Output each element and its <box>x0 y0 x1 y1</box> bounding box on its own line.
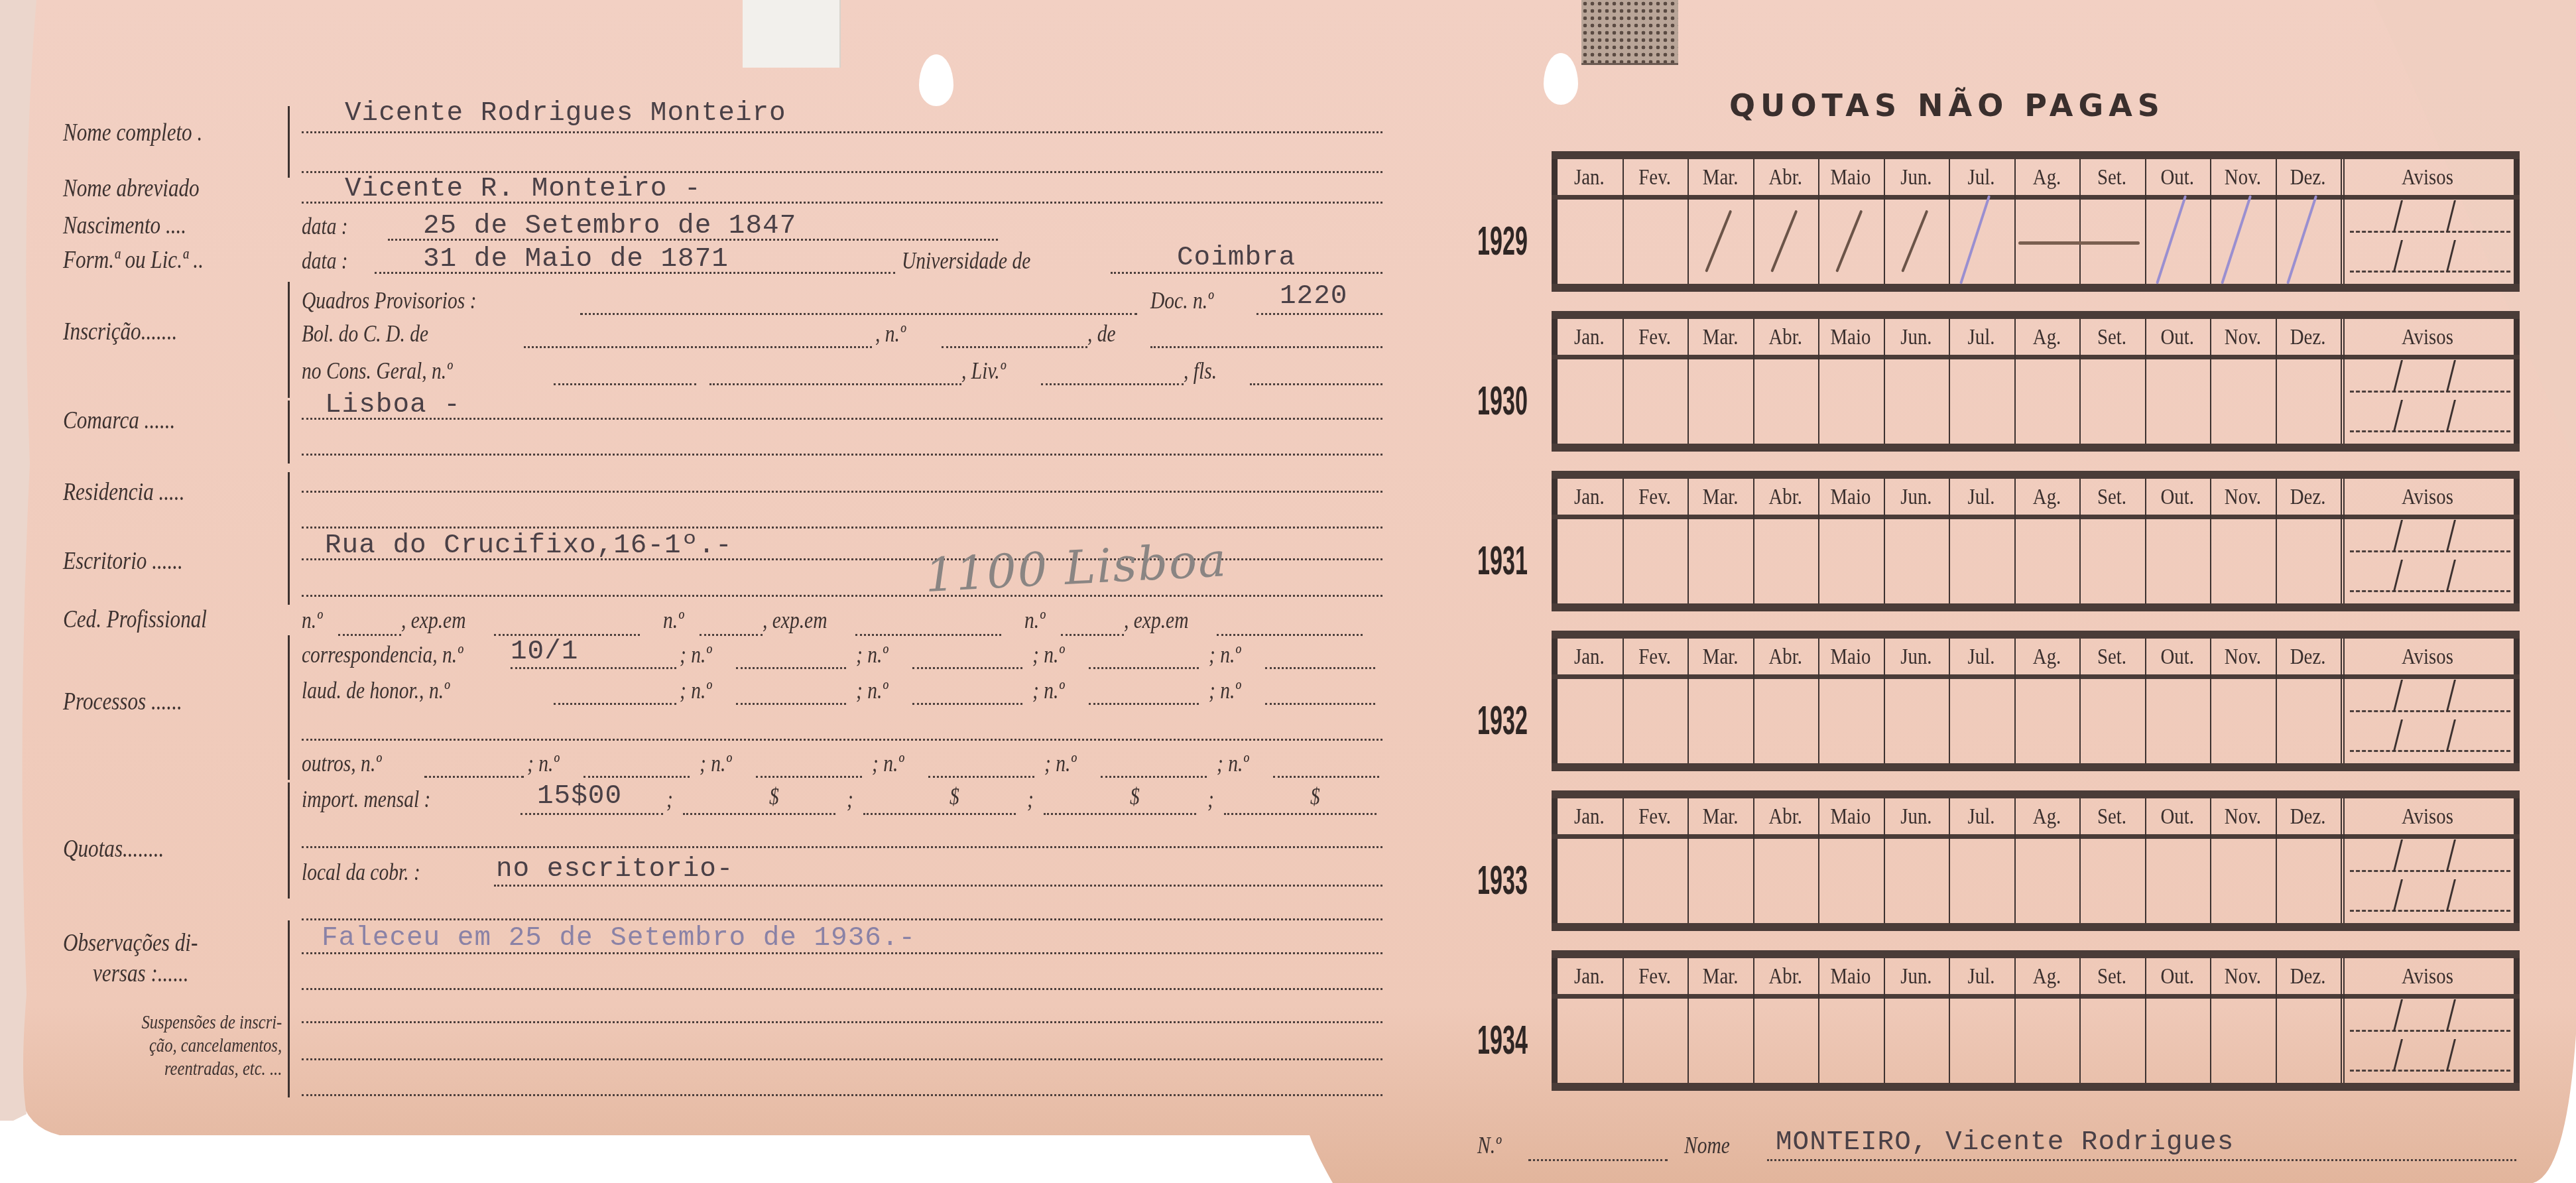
dotted-line <box>521 813 663 815</box>
label-processos: Processos ...... <box>63 687 182 716</box>
month-header: Ag. <box>2014 800 2080 834</box>
label-exp-em: , exp.em <box>1124 606 1189 634</box>
month-header: Jan. <box>1557 960 1623 994</box>
dotted-line <box>302 454 1382 456</box>
brace <box>288 472 290 535</box>
label-data: data : <box>302 247 348 275</box>
dotted-line <box>388 239 998 241</box>
label-suspensoes-3: reentradas, etc. ... <box>164 1058 282 1080</box>
field-nome-abreviado[interactable]: Vicente R. Monteiro - <box>345 174 702 204</box>
field-cedula-date[interactable] <box>855 634 1001 636</box>
dotted-line <box>302 131 1382 133</box>
label-exp-em: , exp.em <box>401 606 466 634</box>
label-observacoes-1: Observações di- <box>63 928 198 958</box>
avisos-header: Avisos <box>2341 640 2514 674</box>
brace <box>288 782 290 899</box>
label-doc: Doc. n.º <box>1150 286 1213 314</box>
table-border <box>2514 631 2520 771</box>
white-tab <box>743 0 841 68</box>
label-outros: outros, n.º <box>302 749 381 777</box>
month-header: Mar. <box>1687 480 1753 515</box>
table-border <box>1552 311 2520 319</box>
label-footer-nome: Nome <box>1684 1131 1730 1159</box>
quota-table-1932: Jan.Fev.Mar.Abr.MaioJun.Jul.Ag.Set.Out.N… <box>1552 631 2520 771</box>
label-n: ; n.º <box>680 676 712 704</box>
month-header: Nov. <box>2210 160 2276 195</box>
dotted-line <box>302 202 1382 204</box>
month-header: Jan. <box>1557 160 1623 195</box>
dotted-line <box>302 739 1382 741</box>
field-nome-completo[interactable]: Vicente Rodrigues Monteiro <box>345 98 786 129</box>
label-bol-n: , n.º <box>875 320 906 347</box>
month-header: Nov. <box>2210 960 2276 994</box>
label-n: ; n.º <box>527 749 560 777</box>
label-suspensoes-2: ção, cancelamentos, <box>149 1034 282 1056</box>
label-n: ; n.º <box>680 641 712 668</box>
label-comarca: Comarca ...... <box>63 406 175 435</box>
field-number[interactable] <box>736 703 846 705</box>
month-header: Out. <box>2145 960 2211 994</box>
field-number[interactable] <box>1273 776 1379 778</box>
brace <box>288 530 290 605</box>
month-header: Abr. <box>1753 320 1819 355</box>
currency-sign: $ <box>1130 782 1140 810</box>
field-amount[interactable] <box>1044 813 1196 815</box>
dotted-line <box>1111 272 1382 274</box>
field-number[interactable] <box>1265 667 1375 669</box>
month-header: Ag. <box>2014 960 2080 994</box>
dotted-line <box>1257 313 1382 315</box>
field-amount[interactable] <box>1224 813 1377 815</box>
field-number[interactable] <box>912 703 1022 705</box>
field-import-mensal[interactable]: 15$00 <box>537 781 622 812</box>
field-cedula-number[interactable] <box>700 634 763 636</box>
month-header: Maio <box>1818 480 1884 515</box>
label-observacoes-2: versas :...... <box>93 959 189 988</box>
quotas-nao-pagas-title: QUOTAS NÃO PAGAS <box>1729 88 2165 123</box>
month-header: Jul. <box>1949 160 2014 195</box>
quota-table-1934: Jan.Fev.Mar.Abr.MaioJun.Jul.Ag.Set.Out.N… <box>1552 950 2520 1091</box>
dotted-line <box>302 988 1382 990</box>
avisos-date-line[interactable] <box>2350 750 2510 752</box>
field-correspondencia[interactable]: 10/1 <box>511 637 578 667</box>
dotted-line <box>302 1094 1382 1096</box>
month-header: Mar. <box>1687 960 1753 994</box>
dotted-line <box>302 595 1382 597</box>
year-label: 1932 <box>1477 697 1528 744</box>
month-header: Mar. <box>1687 800 1753 834</box>
quota-table-1929: Jan.Fev.Mar.Abr.MaioJun.Jul.Ag.Set.Out.N… <box>1552 151 2520 292</box>
label-local-cobr: local da cobr. : <box>302 858 420 886</box>
field-footer-nome[interactable]: MONTEIRO, Vicente Rodrigues <box>1776 1127 2234 1158</box>
month-header: Mar. <box>1687 320 1753 355</box>
label-n: ; n.º <box>1209 641 1241 668</box>
month-header: Abr. <box>1753 960 1819 994</box>
label-n: ; n.º <box>1032 641 1065 668</box>
quota-table-1930: Jan.Fev.Mar.Abr.MaioJun.Jul.Ag.Set.Out.N… <box>1552 311 2520 452</box>
month-header: Abr. <box>1753 800 1819 834</box>
dotted-line <box>302 952 1382 954</box>
month-header: Abr. <box>1753 480 1819 515</box>
table-border <box>2514 311 2520 452</box>
label-cedula-n: n.º <box>1024 606 1045 634</box>
year-label: 1933 <box>1477 857 1528 904</box>
label-n: ; n.º <box>1217 749 1249 777</box>
avisos-date-line[interactable] <box>2350 550 2510 552</box>
dotted-line <box>302 171 1382 173</box>
month-header: Jun. <box>1884 480 1949 515</box>
table-border <box>1552 471 2520 479</box>
month-header: Fev. <box>1623 960 1688 994</box>
avisos-date-line[interactable] <box>2350 870 2510 872</box>
label-liv: , Liv.º <box>961 357 1006 385</box>
field-footer-n[interactable] <box>1528 1159 1668 1161</box>
field-number[interactable] <box>554 703 676 705</box>
month-header: Set. <box>2079 800 2145 834</box>
field-escritorio[interactable]: Rua do Crucifixo,16-1º.- <box>325 530 733 561</box>
month-header: Jun. <box>1884 160 1949 195</box>
dotted-line <box>494 885 1382 887</box>
month-header: Mar. <box>1687 160 1753 195</box>
month-header: Out. <box>2145 640 2211 674</box>
avisos-header: Avisos <box>2341 160 2514 195</box>
table-border <box>2514 790 2520 931</box>
label-nome-abreviado: Nome abreviado <box>63 174 200 203</box>
brace <box>288 401 290 464</box>
field-amount[interactable] <box>683 813 835 815</box>
label-inscricao: Inscrição....... <box>63 317 177 346</box>
field-comarca[interactable]: Lisboa - <box>325 390 461 420</box>
field-number[interactable] <box>756 776 862 778</box>
label-footer-n: N.º <box>1477 1131 1501 1159</box>
field-number[interactable] <box>583 776 690 778</box>
field-number[interactable] <box>1101 776 1207 778</box>
month-header: Dez. <box>2276 800 2341 834</box>
month-header: Maio <box>1818 160 1884 195</box>
label-cedula: Ced. Profissional <box>63 605 207 634</box>
month-header: Ag. <box>2014 640 2080 674</box>
table-border <box>1552 1083 2520 1091</box>
field-doc[interactable]: 1220 <box>1280 281 1347 312</box>
label-n: ; n.º <box>700 749 732 777</box>
field-number[interactable] <box>912 667 1022 669</box>
dotted-line <box>554 383 696 385</box>
table-border <box>2514 151 2520 292</box>
month-header: Fev. <box>1623 800 1688 834</box>
field-local-cobr[interactable]: no escritorio- <box>496 854 733 885</box>
label-n: ; n.º <box>1209 676 1241 704</box>
label-fls: , fls. <box>1184 357 1217 385</box>
label-bol-de: , de <box>1087 320 1116 347</box>
dotted-line <box>1250 383 1382 385</box>
label-n: ; n.º <box>856 641 889 668</box>
date-line <box>1150 346 1382 348</box>
label-cons-geral: no Cons. Geral, n.º <box>302 357 452 385</box>
label-n: ; n.º <box>872 749 904 777</box>
avisos-header: Avisos <box>2341 800 2514 834</box>
avisos-header: Avisos <box>2341 320 2514 355</box>
field-universidade[interactable]: Coimbra <box>1177 243 1296 273</box>
avisos-date-line[interactable] <box>2350 231 2510 233</box>
field-number[interactable] <box>511 667 676 669</box>
table-border <box>1552 284 2520 292</box>
avisos-date-line[interactable] <box>2350 391 2510 393</box>
label-formatura: Form.ª ou Lic.ª .. <box>63 245 204 275</box>
field-number[interactable] <box>928 776 1034 778</box>
month-header: Nov. <box>2210 480 2276 515</box>
year-label: 1929 <box>1477 218 1528 265</box>
month-header: Jan. <box>1557 320 1623 355</box>
currency-sign: $ <box>769 782 779 810</box>
label-data: data : <box>302 212 348 240</box>
quota-table-1931: Jan.Fev.Mar.Abr.MaioJun.Jul.Ag.Set.Out.N… <box>1552 471 2520 611</box>
month-header: Maio <box>1818 320 1884 355</box>
table-border <box>1552 950 2520 958</box>
table-border <box>1552 151 2520 159</box>
field-cedula-date[interactable] <box>494 634 640 636</box>
avisos-header: Avisos <box>2341 480 2514 515</box>
dotted-line <box>580 313 1137 315</box>
dotted-line <box>302 846 1382 848</box>
label-exp-em: , exp.em <box>763 606 828 634</box>
avisos-date-line[interactable] <box>2350 910 2510 912</box>
month-header: Set. <box>2079 160 2145 195</box>
avisos-date-line[interactable] <box>2350 271 2510 273</box>
month-header: Jul. <box>1949 320 2014 355</box>
label-quadros: Quadros Provisorios : <box>302 286 477 314</box>
field-amount[interactable] <box>863 813 1016 815</box>
avisos-header: Avisos <box>2341 960 2514 994</box>
label-nascimento: Nascimento .... <box>63 211 186 240</box>
label-universidade: Universidade de <box>902 247 1030 275</box>
table-border <box>1552 603 2520 611</box>
month-header: Jul. <box>1949 960 2014 994</box>
label-bol: Bol. do C. D. de <box>302 320 428 347</box>
field-number[interactable] <box>736 667 846 669</box>
perforated-tab <box>1581 0 1678 65</box>
field-cedula-number[interactable] <box>338 634 401 636</box>
dotted-line <box>302 1021 1382 1023</box>
field-observacoes[interactable]: Faleceu em 25 de Setembro de 1936.- <box>322 923 916 954</box>
year-label: 1934 <box>1477 1017 1528 1064</box>
dotted-line <box>942 346 1087 348</box>
month-header: Jun. <box>1884 960 1949 994</box>
month-header: Out. <box>2145 320 2211 355</box>
month-header: Dez. <box>2276 640 2341 674</box>
month-header: Out. <box>2145 800 2211 834</box>
month-header: Dez. <box>2276 160 2341 195</box>
label-escritorio: Escritorio ...... <box>63 546 183 576</box>
month-header: Ag. <box>2014 480 2080 515</box>
month-header: Out. <box>2145 160 2211 195</box>
table-border <box>1552 790 2520 798</box>
brace <box>288 106 290 178</box>
avisos-date-line[interactable] <box>2350 430 2510 432</box>
month-header: Ag. <box>2014 320 2080 355</box>
month-header: Nov. <box>2210 320 2276 355</box>
label-n: ; n.º <box>1044 749 1077 777</box>
month-header: Dez. <box>2276 480 2341 515</box>
month-header: Jul. <box>1949 480 2014 515</box>
table-border <box>1552 763 2520 771</box>
month-header: Fev. <box>1623 320 1688 355</box>
month-header: Jul. <box>1949 800 2014 834</box>
table-border <box>1552 631 2520 639</box>
field-number[interactable] <box>1089 667 1199 669</box>
field-nascimento-data[interactable]: 25 de Setembro de 1847 <box>423 211 796 241</box>
label-import-mensal: import. mensal : <box>302 785 430 813</box>
brace <box>288 635 290 780</box>
quota-table-1933: Jan.Fev.Mar.Abr.MaioJun.Jul.Ag.Set.Out.N… <box>1552 790 2520 931</box>
currency-sign: $ <box>1310 782 1320 810</box>
month-header: Out. <box>2145 480 2211 515</box>
dotted-line <box>524 346 872 348</box>
dash-mark <box>2018 241 2140 245</box>
dotted-line <box>1767 1159 2516 1161</box>
month-header: Jul. <box>1949 640 2014 674</box>
table-border <box>1552 923 2520 931</box>
avisos-date-line[interactable] <box>2350 710 2510 712</box>
avisos-date-line[interactable] <box>2350 1070 2510 1072</box>
month-header: Set. <box>2079 960 2145 994</box>
label-correspondencia: correspondencia, n.º <box>302 641 463 668</box>
table-border <box>1552 444 2520 452</box>
month-header: Maio <box>1818 960 1884 994</box>
membership-record-card: Nome completo . Vicente Rodrigues Montei… <box>0 0 2576 1183</box>
month-header: Nov. <box>2210 640 2276 674</box>
label-cedula-n: n.º <box>302 606 322 634</box>
date-line <box>709 383 961 385</box>
year-label: 1930 <box>1477 377 1528 424</box>
month-header: Jun. <box>1884 640 1949 674</box>
label-n: ; n.º <box>856 676 889 704</box>
dotted-line <box>302 918 1382 920</box>
label-separator: ; <box>666 785 673 813</box>
field-number[interactable] <box>1089 703 1199 705</box>
brace <box>288 995 290 1097</box>
month-header: Abr. <box>1753 640 1819 674</box>
dotted-line <box>302 1058 1382 1060</box>
month-header: Jun. <box>1884 320 1949 355</box>
field-number[interactable] <box>424 776 524 778</box>
field-number[interactable] <box>1265 703 1375 705</box>
month-header: Fev. <box>1623 160 1688 195</box>
month-header: Fev. <box>1623 640 1688 674</box>
month-header: Ag. <box>2014 160 2080 195</box>
month-header: Jan. <box>1557 480 1623 515</box>
year-label: 1931 <box>1477 537 1528 584</box>
avisos-date-line[interactable] <box>2350 1030 2510 1032</box>
brace <box>288 920 290 995</box>
currency-sign: $ <box>950 782 959 810</box>
month-header: Set. <box>2079 480 2145 515</box>
label-separator: ; <box>847 785 853 813</box>
month-header: Maio <box>1818 800 1884 834</box>
label-separator: ; <box>1027 785 1034 813</box>
month-header: Set. <box>2079 320 2145 355</box>
table-border <box>2514 471 2520 611</box>
label-n: ; n.º <box>1032 676 1065 704</box>
month-header: Abr. <box>1753 160 1819 195</box>
month-header: Dez. <box>2276 320 2341 355</box>
label-nome-completo: Nome completo . <box>63 118 202 147</box>
dotted-line <box>375 272 895 274</box>
month-header: Nov. <box>2210 800 2276 834</box>
month-header: Jan. <box>1557 800 1623 834</box>
month-header: Jan. <box>1557 640 1623 674</box>
field-cedula-number[interactable] <box>1061 634 1124 636</box>
label-quotas: Quotas........ <box>63 834 164 863</box>
label-laud: laud. de honor., n.º <box>302 676 450 704</box>
field-residencia[interactable] <box>302 491 1382 493</box>
label-cedula-n: n.º <box>663 606 684 634</box>
field-cedula-date[interactable] <box>1217 634 1363 636</box>
field-formatura-data[interactable]: 31 de Maio de 1871 <box>423 244 729 275</box>
label-residencia: Residencia ..... <box>63 477 184 507</box>
label-separator: ; <box>1207 785 1214 813</box>
month-header: Jun. <box>1884 800 1949 834</box>
month-header: Set. <box>2079 640 2145 674</box>
dotted-line <box>302 527 1382 529</box>
brace <box>288 282 290 398</box>
month-header: Dez. <box>2276 960 2341 994</box>
dotted-line <box>302 418 1382 420</box>
month-header: Mar. <box>1687 640 1753 674</box>
avisos-date-line[interactable] <box>2350 590 2510 592</box>
month-header: Maio <box>1818 640 1884 674</box>
label-suspensoes-1: Suspensões de inscri- <box>141 1011 282 1033</box>
month-header: Fev. <box>1623 480 1688 515</box>
table-border <box>2514 950 2520 1091</box>
dotted-line <box>1041 383 1184 385</box>
